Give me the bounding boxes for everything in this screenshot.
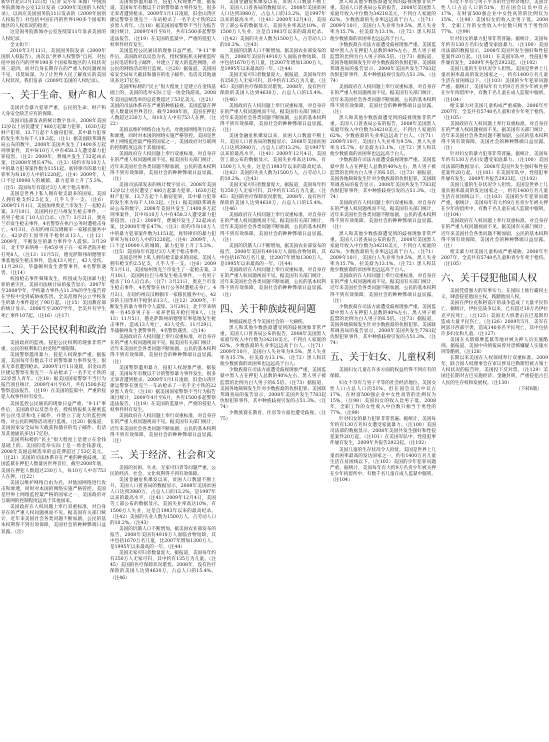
paragraph: 美国儿童的生存状况令人担忧。美国是世界上儿童贫困率最高的发达国家之一，约有140… — [441, 183, 548, 220]
paragraph: 美国凭借强大的军事实力，在国际上推行霸权主义，肆意侵犯他国主权，践踏他国人权。 — [441, 289, 548, 301]
paragraph: 针对妇女的暴力犯罪非常普遍。据统计，美国每年约有130万名妇女遭受家庭暴力。（注… — [330, 417, 436, 447]
paragraph: 美国儿童的生存状况令人担忧。美国是世界上儿童贫困率最高的发达国家之一，约有140… — [330, 448, 436, 485]
paragraph: 美国政府在人权问题上奉行双重标准，对自身存在的严重人权问题视而不见。据美国有关部… — [220, 213, 326, 243]
paragraph: 美国在关塔那摩监狱等地对被关押人员实施酷刑。据报道，美国中央情报局曾对恐怖嫌疑人… — [441, 338, 548, 356]
paragraph: 美国是世界上私人拥有枪支最多的国家。美国人拥有枪支约2.5亿支，几乎人手一支。（… — [110, 256, 216, 335]
paragraph: 美国社会暴力犯罪严重，公民的生命、财产和人身安全缺乏应有的保障。 — [1, 106, 106, 118]
paragraph: 美国在伊拉克和阿富汗的战争造成了大量平民伤亡。据统计，伊拉克战争以来，已有超过1… — [441, 301, 548, 338]
paragraph: 黑人和其他少数族裔遭受到的歧视现象非常严重。美国人口普查局公布的报告，2008年… — [330, 232, 436, 275]
paragraph: 美国儿童的生存状况令人担忧。美国是世界上儿童贫困率最高的发达国家之一，约有140… — [441, 67, 548, 104]
paragraph: 美国监控公民通讯的现象日益严重。“9·11”事件后，美国政府以反恐为名，授权情报… — [1, 402, 106, 439]
article-dateline: 新华社北京3月12日电（记者 吴小军 朱薇）中国国务院新闻办公室12日发表《20… — [1, 0, 106, 30]
paragraph: 美国警察滥用暴力，侵犯人权现象严重。据报道，美国每年有数以千计的警察暴力事件发生… — [110, 366, 216, 415]
paragraph: 美国政府在人权问题上奉行双重标准，对自身存在的严重人权问题视而不见。据美国有关部… — [1, 505, 106, 535]
paragraph: 针对妇女的暴力犯罪非常普遍。据统计，美国每年约有130万名妇女遭受家庭暴力。（注… — [441, 152, 548, 182]
paragraph: 美国政府在人权问题上奉行双重标准，对自身存在的严重人权问题视而不见。据美国有关部… — [441, 122, 548, 152]
paragraph: 美国政府在人权问题上奉行双重标准，对自身存在的严重人权问题视而不见。据美国有关部… — [330, 201, 436, 231]
article-intro: 这是国务院新闻办公室连续第11年发表美国的人权纪录。 — [1, 30, 106, 42]
paragraph: 美国所标榜的“民主”很大程度上是建立在金钱基础上的。美国的选举实际上是一场金钱游… — [110, 85, 216, 128]
paragraph: 美国司法部发表的统计数字显示，2008年美国12岁以上居民遭受了480万起暴力犯… — [1, 119, 106, 192]
newspaper-page: 新华社北京3月12日电（记者 吴小军 朱薇）中国国务院新闻办公室12日发表《20… — [0, 0, 549, 742]
paragraph: 针对妇女的暴力犯罪非常普遍。据统计，美国每年约有130万名妇女遭受家庭暴力。（注… — [441, 37, 548, 67]
paragraph: 少数族裔在司法方面遭受歧视现象严重。美国监狱中黑人占在押犯人总数的40%左右，黑… — [330, 305, 436, 348]
paragraph: 美国政府的监视、侵犯公民权利的现象非常严重，公民的权利和自由受到严重限制。 — [1, 341, 106, 353]
paragraph: 妇女不享有与男子平等的社会经济地位。美国女性人口占总人口的51%，但在国会议员中… — [330, 381, 436, 418]
paragraph: 美国政府在人权问题上奉行双重标准，对自身存在的严重人权问题视而不见。据美国有关部… — [220, 104, 326, 134]
section-heading-4: 四、关于种族歧视问题 — [220, 304, 326, 316]
paragraph: 美国无家可归者数量庞大。据报道，美国每年约有350万人无家可归，其中约有135万… — [220, 183, 326, 213]
paragraph: 长期以来美国在人权领域奉行双重标准。2009年，联合国人权理事会在审议涉及巴勒斯… — [441, 356, 548, 386]
paragraph: 美国监控公民通讯的现象日益严重。“9·11”事件后，美国政府以反恐为名，授权情报… — [110, 49, 216, 86]
paragraph: 枪支暴力对美国儿童构成严重威胁。2006年至2007年，全美共有5740名儿童和… — [441, 104, 548, 122]
column-3: 美国金融危机爆发以来，贫困人口数量不断上升。美国人口普查局的数据显示，2008年… — [220, 0, 326, 742]
column-2: 美国警察滥用暴力，侵犯人权现象严重。据报道，美国每年有数以千计的警察暴力事件发生… — [110, 0, 216, 742]
paragraph: 黑人和其他少数族裔遭受到的歧视现象非常严重。美国人口普查局公布的报告，2008年… — [330, 0, 436, 43]
paragraph: 美国政府在人权问题上奉行双重标准，对自身存在的严重人权问题视而不见。据美国有关部… — [441, 219, 548, 249]
paragraph: 美国金融危机爆发以来，贫困人口数量不断上升。美国人口普查局的数据显示，2008年… — [220, 134, 326, 183]
paragraph: 美国警察滥用暴力，侵犯人权现象严重。据报道，美国每年有数以千计的警察暴力事件发生… — [1, 353, 106, 402]
section-heading-3: 三、关于经济、社会和文化权利 — [110, 450, 216, 462]
paragraph: 少数族裔在教育、住房等方面也遭受歧视。（注75） — [220, 411, 326, 423]
paragraph: 少数族裔在司法方面遭受歧视现象严重。美国监狱中黑人占在押犯人总数的40%左右，黑… — [220, 368, 326, 411]
paragraph: 黑人和其他少数族裔遭受到的歧视现象非常严重。美国人口普查局公布的报告，2008年… — [330, 116, 436, 159]
paragraph: 美国以维护网络自由为名，对他国网络进行攻击和渗透，同时对本国的网络实施严格管控。… — [110, 128, 216, 152]
paragraph: 校园枪击事件频频发生，校园成为美国暴力犯罪的重灾区。美国司法统计局的报告显示，2… — [1, 277, 106, 320]
paragraph: 美国的饥饿人口不断增加。据美国农业部发布的报告，2008年美国有4910万人面临… — [220, 49, 326, 73]
paragraph: 黑人和其他少数族裔遭受到的歧视现象非常严重。美国人口普查局公布的报告，2008年… — [220, 326, 326, 369]
column-5: 妇女不享有与男子平等的社会经济地位。美国女性人口占总人口的51%，但在国会议员中… — [441, 0, 548, 742]
paragraph: 美国警察滥用暴力，侵犯人权现象严重。据报道，美国每年有数以千计的警察暴力事件发生… — [110, 0, 216, 49]
section-heading-5: 五、关于妇女、儿童权利 — [330, 352, 436, 364]
paragraph: 美国是世界上私人拥有枪支最多的国家。美国人拥有枪支约2.5亿支，几乎人手一支。（… — [1, 192, 106, 277]
paragraph: 美国政府在人权问题上奉行双重标准，对自身存在的严重人权问题视而不见。据美国有关部… — [330, 85, 436, 115]
article-intro: 2010年3月11日，美国国务院发表《2009年国别人权报告》，再次以“世界人权… — [1, 49, 106, 86]
paragraph: 美国无家可归者数量庞大。据报道，美国每年约有350万人无家可归，其中约有135万… — [220, 73, 326, 103]
paragraph: 美国司法部发表的统计数字显示，2008年美国12岁以上居民遭受了480万起暴力犯… — [110, 183, 216, 256]
paragraph: 美国政府在人权问题上奉行双重标准，对自身存在的严重人权问题视而不见。据美国有关部… — [110, 414, 216, 444]
section-heading-2: 二、关于公民权利和政治权利 — [1, 325, 106, 337]
paragraph: 美国的贫困、失业、无家可归者等问题严重，公民的经济、社会、文化权利得不到有效保障… — [110, 466, 216, 478]
paragraph: 美国的饥饿人口不断增加。据美国农业部发布的报告，2008年美国有4910万人面临… — [220, 244, 326, 268]
paragraph: 美国无家可归者数量庞大。据报道，美国每年约有350万人无家可归，其中约有135万… — [110, 551, 216, 581]
section-heading-6: 六、关于侵犯他国人权 — [441, 273, 548, 285]
paragraph: 枪支暴力对美国儿童构成严重威胁。2006年至2007年，全美共有5740名儿童和… — [441, 250, 548, 268]
column-1: 新华社北京3月12日电（记者 吴小军 朱薇）中国国务院新闻办公室12日发表《20… — [1, 0, 106, 742]
paragraph: 少数族裔在司法方面遭受歧视现象严重。美国监狱中黑人占在押犯人总数的40%左右，黑… — [330, 43, 436, 86]
paragraph: 美国所标榜的“民主”很大程度上是建立在金钱基础上的。美国的选举实际上是一场金钱游… — [1, 438, 106, 481]
paragraph: 美国金融危机爆发以来，贫困人口数量不断上升。美国人口普查局的数据显示，2008年… — [110, 478, 216, 527]
section-heading-1: 一、关于生命、财产和人身安全 — [1, 90, 106, 102]
paragraph: 美国以维护网络自由为名，对他国网络进行攻击和渗透，同时对本国的网络实施严格管控。… — [1, 481, 106, 505]
paragraph: 少数族裔在司法方面遭受歧视现象严重。美国监狱中黑人占在押犯人总数的40%左右，黑… — [330, 158, 436, 201]
paragraph: 美国政府在人权问题上奉行双重标准，对自身存在的严重人权问题视而不见。据美国有关部… — [220, 268, 326, 298]
paragraph: 美国妇女儿童在许多方面的权益仍得不到应有的保障。 — [330, 368, 436, 380]
column-4: 黑人和其他少数族裔遭受到的歧视现象非常严重。美国人口普查局公布的报告，2008年… — [330, 0, 436, 742]
paragraph: 美国政府在人权问题上奉行双重标准，对自身存在的严重人权问题视而不见。据美国有关部… — [110, 335, 216, 365]
paragraph: 美国政府在人权问题上奉行双重标准，对自身存在的严重人权问题视而不见。据美国有关部… — [110, 152, 216, 182]
continue-note: （下转6版） — [441, 387, 548, 393]
paragraph: 妇女不享有与男子平等的社会经济地位。美国女性人口占总人口的51%，但在国会议员中… — [441, 0, 548, 37]
paragraph: 美国政府在人权问题上奉行双重标准，对自身存在的严重人权问题视而不见。据美国有关部… — [330, 274, 436, 304]
paragraph: 美国的饥饿人口不断增加。据美国农业部发布的报告，2008年美国有4910万人面临… — [110, 527, 216, 551]
paragraph: 美国金融危机爆发以来，贫困人口数量不断上升。美国人口普查局的数据显示，2008年… — [220, 0, 326, 49]
